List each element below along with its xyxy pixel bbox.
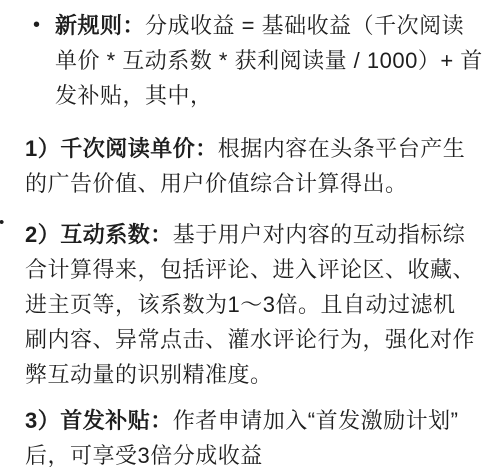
text-line: 2）互动系数：基于用户对内容的互动指标综 — [25, 217, 484, 252]
text-run: 单价 * 互动系数 * 获利阅读量 / 1000）+ 首 — [55, 48, 483, 73]
text-line: 合计算得来，包括评论、进入评论区、收藏、 — [25, 252, 484, 287]
text-run: 合计算得来，包括评论、进入评论区、收藏、 — [25, 257, 475, 282]
text-run: 分成收益 = 基础收益（千次阅读 — [145, 13, 464, 38]
text-line: 发补贴，其中， — [55, 78, 484, 113]
clipped-edge-bullet: • — [0, 215, 4, 230]
bold-run: 2）互动系数： — [25, 222, 173, 247]
text-run: 发补贴，其中， — [55, 83, 213, 108]
bold-run: 3）首发补贴： — [25, 408, 173, 433]
numbered-item-1: 1）千次阅读单价：根据内容在头条平台产生 的广告价值、用户价值综合计算得出。 — [25, 131, 484, 201]
text-line: 后，可享受3倍分成收益 — [25, 438, 484, 467]
article-text-block: • 新规则：分成收益 = 基础收益（千次阅读 单价 * 互动系数 * 获利阅读量… — [0, 0, 500, 467]
text-run: 根据内容在头条平台产生 — [218, 136, 466, 161]
text-line: 新规则：分成收益 = 基础收益（千次阅读 — [55, 8, 484, 43]
text-line: 刷内容、异常点击、灌水评论行为，强化对作 — [25, 322, 484, 357]
text-run: 弊互动量的识别精准度。 — [25, 362, 273, 387]
text-run: 后，可享受3倍分成收益 — [25, 443, 263, 467]
text-line: 的广告价值、用户价值综合计算得出。 — [25, 166, 484, 201]
numbered-item-3: 3）首发补贴：作者申请加入“首发激励计划” 后，可享受3倍分成收益 — [25, 403, 484, 467]
bold-run: 1）千次阅读单价： — [25, 136, 218, 161]
text-line: 3）首发补贴：作者申请加入“首发激励计划” — [25, 403, 484, 438]
text-run: 作者申请加入“首发激励计划” — [173, 408, 459, 433]
bold-run: 新规则： — [55, 13, 145, 38]
text-run: 进主页等，该系数为1～3倍。且自动过滤机 — [25, 292, 455, 317]
text-run: 基于用户对内容的互动指标综 — [173, 222, 466, 247]
text-line: 单价 * 互动系数 * 获利阅读量 / 1000）+ 首 — [55, 43, 484, 78]
text-line: 1）千次阅读单价：根据内容在头条平台产生 — [25, 131, 484, 166]
text-run: 刷内容、异常点击、灌水评论行为，强化对作 — [25, 327, 475, 352]
numbered-item-2: 2）互动系数：基于用户对内容的互动指标综 合计算得来，包括评论、进入评论区、收藏… — [25, 217, 484, 392]
text-run: 的广告价值、用户价值综合计算得出。 — [25, 171, 408, 196]
rule-intro-item: • 新规则：分成收益 = 基础收益（千次阅读 单价 * 互动系数 * 获利阅读量… — [25, 8, 484, 113]
text-line: 弊互动量的识别精准度。 — [25, 357, 484, 392]
list-bullet: • — [33, 8, 41, 43]
text-line: 进主页等，该系数为1～3倍。且自动过滤机 — [25, 287, 484, 322]
